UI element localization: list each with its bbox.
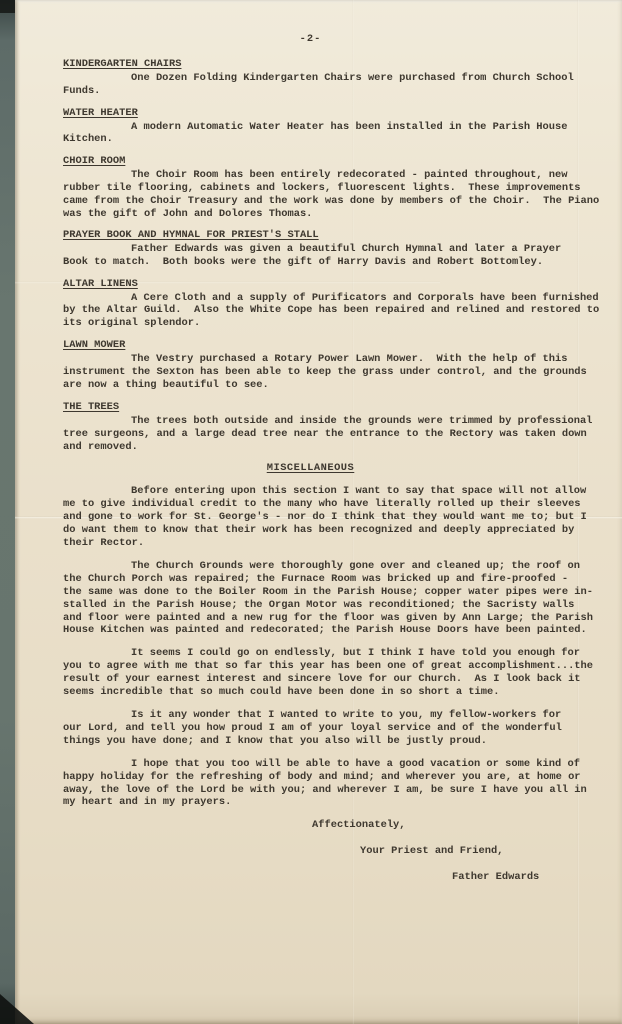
paragraph: The Church Grounds were thoroughly gone … [63, 560, 602, 637]
paragraph: Before entering upon this section I want… [63, 485, 602, 550]
paragraph: It seems I could go on endlessly, but I … [63, 647, 602, 699]
letter-paper: -2- KINDERGARTEN CHAIRS One Dozen Foldin… [15, 0, 622, 1024]
section-body: One Dozen Folding Kindergarten Chairs we… [63, 72, 602, 98]
scan-corner-shadow-bottom [0, 994, 34, 1024]
section-body: A modern Automatic Water Heater has been… [63, 121, 602, 147]
closing-role-line: Your Priest and Friend, [63, 845, 602, 858]
paragraph: I hope that you too will be able to have… [63, 758, 602, 810]
page-number: -2- [41, 33, 580, 46]
section-heading: CHOIR ROOM [63, 155, 125, 168]
section-heading: WATER HEATER [63, 107, 138, 120]
section-water-heater: WATER HEATER A modern Automatic Water He… [63, 107, 602, 147]
section-the-trees: THE TREES The trees both outside and ins… [63, 401, 602, 454]
section-body: A Cere Cloth and a supply of Purificator… [63, 292, 602, 331]
scanned-letter-page: -2- KINDERGARTEN CHAIRS One Dozen Foldin… [0, 0, 622, 1024]
section-heading: THE TREES [63, 401, 119, 414]
section-heading: LAWN MOWER [63, 339, 125, 352]
closing-block: Affectionately, Your Priest and Friend, … [63, 819, 602, 884]
section-heading: PRAYER BOOK AND HYMNAL FOR PRIEST'S STAL… [63, 229, 319, 242]
section-body: Father Edwards was given a beautiful Chu… [63, 243, 602, 269]
miscellaneous-heading-text: MISCELLANEOUS [267, 462, 355, 474]
scanner-background-strip [0, 0, 15, 1024]
section-heading: ALTAR LINENS [63, 278, 138, 291]
signature: Father Edwards [63, 871, 602, 884]
valediction: Affectionately, [63, 819, 602, 832]
section-kindergarten-chairs: KINDERGARTEN CHAIRS One Dozen Folding Ki… [63, 58, 602, 98]
section-choir-room: CHOIR ROOM The Choir Room has been entir… [63, 155, 602, 221]
section-lawn-mower: LAWN MOWER The Vestry purchased a Rotary… [63, 339, 602, 392]
section-altar-linens: ALTAR LINENS A Cere Cloth and a supply o… [63, 278, 602, 331]
section-body: The trees both outside and inside the gr… [63, 415, 602, 454]
section-body: The Vestry purchased a Rotary Power Lawn… [63, 353, 602, 392]
section-body: The Choir Room has been entirely redecor… [63, 169, 602, 221]
section-heading: KINDERGARTEN CHAIRS [63, 58, 181, 71]
miscellaneous-heading: MISCELLANEOUS [41, 462, 580, 475]
typed-content: -2- KINDERGARTEN CHAIRS One Dozen Foldin… [63, 33, 602, 897]
section-prayer-book: PRAYER BOOK AND HYMNAL FOR PRIEST'S STAL… [63, 229, 602, 269]
paragraph: Is it any wonder that I wanted to write … [63, 709, 602, 748]
